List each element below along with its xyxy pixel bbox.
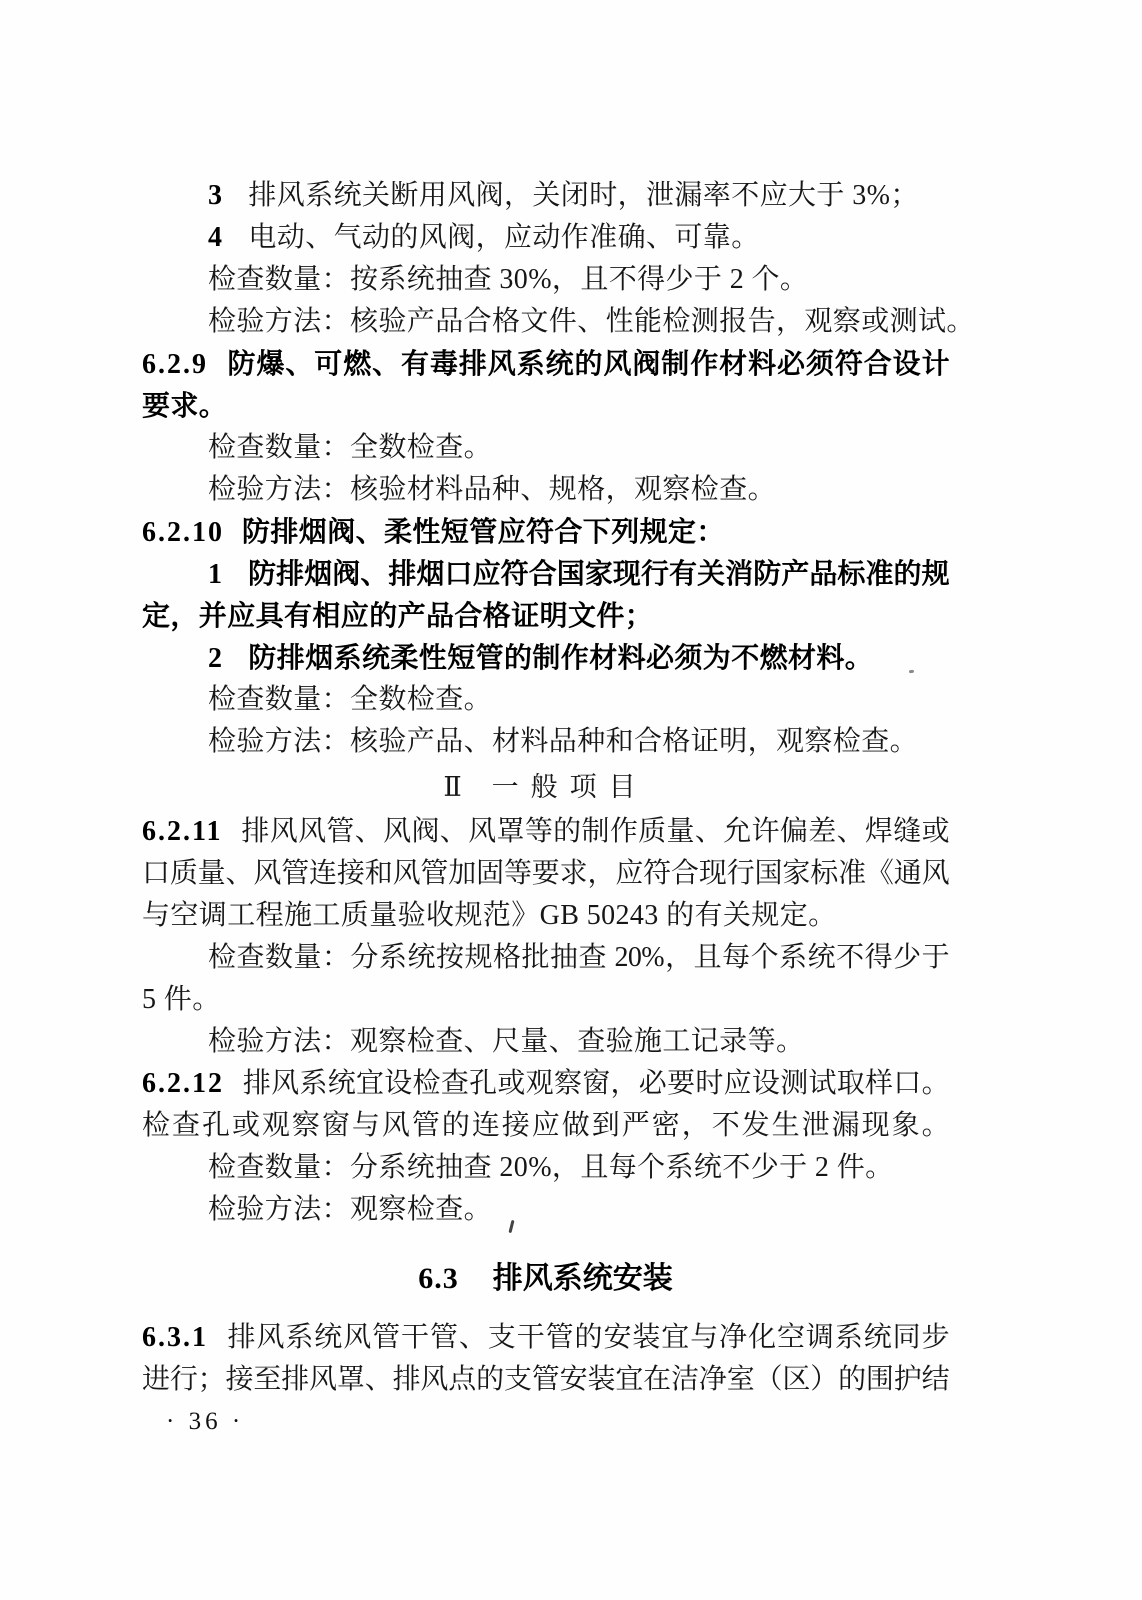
clause-6-2-12-continuation: 检查孔或观察窗与风管的连接应做到严密，不发生泄漏现象。 bbox=[142, 1105, 949, 1147]
heading-title: 一般项目 bbox=[492, 772, 648, 802]
check-method-line: 检验方法：核验产品合格文件、性能检测报告，观察或测试。 bbox=[142, 301, 949, 343]
item-text: 排风系统关断用风阀，关闭时，泄漏率不应大于 3%； bbox=[248, 180, 918, 211]
section-6-3-heading: 6.3排风系统安装 bbox=[142, 1257, 949, 1301]
section-title: 排风系统安装 bbox=[493, 1262, 673, 1295]
check-quantity-line: 检查数量：全数检查。 bbox=[142, 679, 949, 721]
clause-6-2-9-line: 6.2.9防爆、可燃、有毒排风系统的风阀制作材料必须符合设计 bbox=[142, 343, 949, 385]
check-quantity-line: 检查数量：按系统抽查 30%，且不得少于 2 个。 bbox=[142, 259, 949, 301]
check-quantity-continuation: 5 件。 bbox=[142, 979, 949, 1021]
clause-6-2-11-continuation: 口质量、风管连接和风管加固等要求，应符合现行国家标准《通风 bbox=[142, 853, 949, 895]
check-quantity-line: 检查数量：全数检查。 bbox=[142, 427, 949, 469]
subitem-1-continuation: 定，并应具有相应的产品合格证明文件； bbox=[142, 595, 949, 637]
clause-6-3-1-line: 6.3.1排风系统风管干管、支干管的安装宜与净化空调系统同步 bbox=[142, 1317, 949, 1359]
clause-text: 排风系统风管干管、支干管的安装宜与净化空调系统同步 bbox=[226, 1322, 949, 1353]
item-3-line: 3排风系统关断用风阀，关闭时，泄漏率不应大于 3%； bbox=[142, 175, 949, 217]
section-number: 6.3 bbox=[418, 1262, 459, 1295]
clause-6-3-1-continuation: 进行；接至排风罩、排风点的支管安装宜在洁净室（区）的围护结构 bbox=[142, 1359, 949, 1401]
subitem-1-line: 1防排烟阀、排烟口应符合国家现行有关消防产品标准的规 bbox=[142, 553, 949, 595]
item-number: 4 bbox=[208, 222, 222, 253]
general-items-heading: Ⅱ一般项目 bbox=[142, 766, 949, 808]
check-quantity-line: 检查数量：分系统按规格批抽查 20%，且每个系统不得少于 bbox=[142, 937, 949, 979]
clause-text: 防爆、可燃、有毒排风系统的风阀制作材料必须符合设计 bbox=[226, 348, 949, 379]
check-method-line: 检验方法：观察检查、尺量、查验施工记录等。 bbox=[142, 1021, 949, 1063]
check-method-line: 检验方法：核验材料品种、规格，观察检查。 bbox=[142, 469, 949, 511]
item-text: 防排烟系统柔性短管的制作材料必须为不燃材料。 bbox=[248, 642, 873, 673]
subitem-2-line: 2防排烟系统柔性短管的制作材料必须为不燃材料。 bbox=[142, 637, 949, 679]
clause-number: 6.2.12 bbox=[142, 1068, 224, 1099]
check-method-line: 检验方法：观察检查。 bbox=[142, 1189, 949, 1231]
roman-numeral: Ⅱ bbox=[443, 772, 461, 802]
check-method-line: 检验方法：核验产品、材料品种和合格证明，观察检查。 bbox=[142, 721, 949, 763]
item-4-line: 4电动、气动的风阀，应动作准确、可靠。 bbox=[142, 217, 949, 259]
item-text: 防排烟阀、排烟口应符合国家现行有关消防产品标准的规 bbox=[247, 558, 949, 589]
clause-6-2-11-line: 6.2.11排风风管、风阀、风罩等的制作质量、允许偏差、焊缝或咬 bbox=[142, 811, 949, 853]
clause-6-2-12-line: 6.2.12排风系统宜设检查孔或观察窗，必要时应设测试取样口。 bbox=[142, 1063, 949, 1105]
item-number: 2 bbox=[208, 643, 222, 674]
document-page: 3排风系统关断用风阀，关闭时，泄漏率不应大于 3%； 4电动、气动的风阀，应动作… bbox=[0, 0, 1142, 1600]
clause-number: 6.2.9 bbox=[142, 349, 208, 380]
clause-text: 防排烟阀、柔性短管应符合下列规定： bbox=[242, 516, 725, 547]
check-quantity-line: 检查数量：分系统抽查 20%，且每个系统不少于 2 件。 bbox=[142, 1147, 949, 1189]
clause-6-2-11-continuation: 与空调工程施工质量验收规范》GB 50243 的有关规定。 bbox=[142, 895, 949, 937]
text-column: 3排风系统关断用风阀，关闭时，泄漏率不应大于 3%； 4电动、气动的风阀，应动作… bbox=[142, 175, 949, 1443]
clause-text: 排风系统宜设检查孔或观察窗，必要时应设测试取样口。 bbox=[242, 1068, 949, 1099]
clause-text: 排风风管、风阀、风罩等的制作质量、允许偏差、焊缝或咬 bbox=[142, 816, 949, 853]
page-number: · 36 · bbox=[142, 1401, 949, 1443]
item-number: 1 bbox=[208, 559, 221, 590]
clause-number: 6.2.10 bbox=[142, 517, 224, 548]
clause-number: 6.2.11 bbox=[142, 816, 222, 847]
clause-6-2-10-line: 6.2.10防排烟阀、柔性短管应符合下列规定： bbox=[142, 511, 949, 553]
clause-6-2-9-continuation: 要求。 bbox=[142, 385, 949, 427]
item-number: 3 bbox=[208, 180, 222, 211]
clause-number: 6.3.1 bbox=[142, 1322, 208, 1353]
item-text: 电动、气动的风阀，应动作准确、可靠。 bbox=[248, 222, 759, 253]
